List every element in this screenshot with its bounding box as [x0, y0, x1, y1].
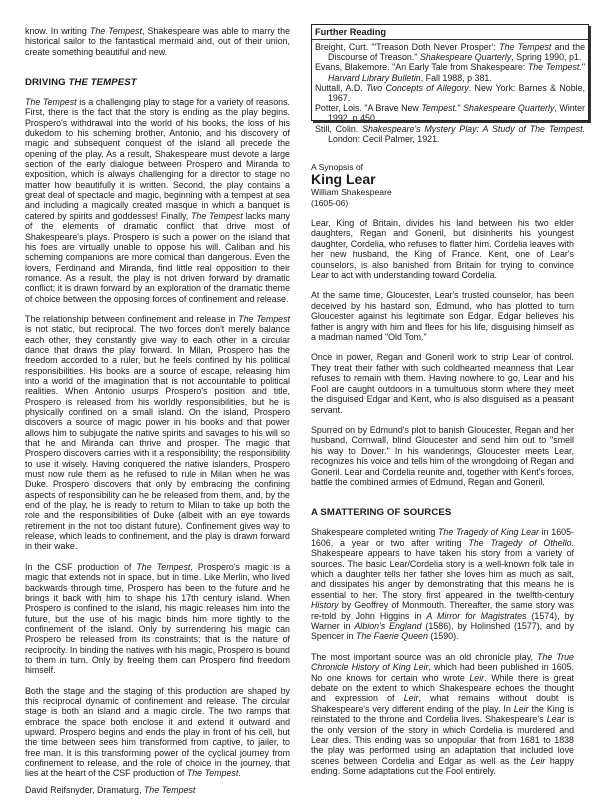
byline: David Reifsnyder, Dramaturg, The Tempest — [25, 785, 290, 795]
reference-item: Potter, Lois. "A Brave New Tempest." Sha… — [315, 103, 585, 123]
further-reading-title: Further Reading — [312, 25, 588, 40]
synopsis-date: (1605-06) — [311, 198, 574, 209]
section-heading-driving-the-tempest: DRIVING THE TEMPEST — [25, 77, 290, 88]
section-heading-sources: A SMATTERING OF SOURCES — [311, 507, 574, 518]
reference-item: Nuttall, A.D. Two Concepts of Allegory. … — [315, 83, 585, 103]
reference-list: Breight, Curt. "'Treason Doth Never Pros… — [312, 40, 588, 144]
right-column: A Synopsis of King Lear William Shakespe… — [311, 162, 574, 787]
body-paragraph: In the CSF production of The Tempest, Pr… — [25, 562, 290, 676]
reference-item: Breight, Curt. "'Treason Doth Never Pros… — [315, 42, 585, 62]
synopsis-title: King Lear — [311, 172, 574, 187]
reference-item: Evans, Blakemore. "An Early Tale from Sh… — [315, 62, 585, 82]
synopsis-header: A Synopsis of King Lear William Shakespe… — [311, 162, 574, 208]
synopsis-paragraph: Once in power, Regan and Goneril work to… — [311, 352, 574, 414]
synopsis-paragraph: Spurred on by Edmund's plot to banish Gl… — [311, 425, 574, 487]
left-column: know. In writing The Tempest, Shakespear… — [25, 26, 290, 795]
body-paragraph: The relationship between confinement and… — [25, 314, 290, 552]
further-reading-box: Further Reading Breight, Curt. "'Treason… — [311, 24, 589, 121]
sources-paragraph: Shakespeare completed writing The Traged… — [311, 527, 574, 641]
synopsis-paragraph: Lear, King of Britain, divides his land … — [311, 218, 574, 280]
synopsis-author: William Shakespeare — [311, 187, 574, 198]
reference-item: Still, Colin. Shakespeare's Mystery Play… — [315, 124, 585, 144]
intro-paragraph: know. In writing The Tempest, Shakespear… — [25, 26, 290, 57]
synopsis-paragraph: At the same time, Gloucester, Lear's tru… — [311, 290, 574, 342]
sources-paragraph: The most important source was an old chr… — [311, 652, 574, 777]
body-paragraph: Both the stage and the staging of this p… — [25, 686, 290, 779]
body-paragraph: The Tempest is a challenging play to sta… — [25, 97, 290, 304]
